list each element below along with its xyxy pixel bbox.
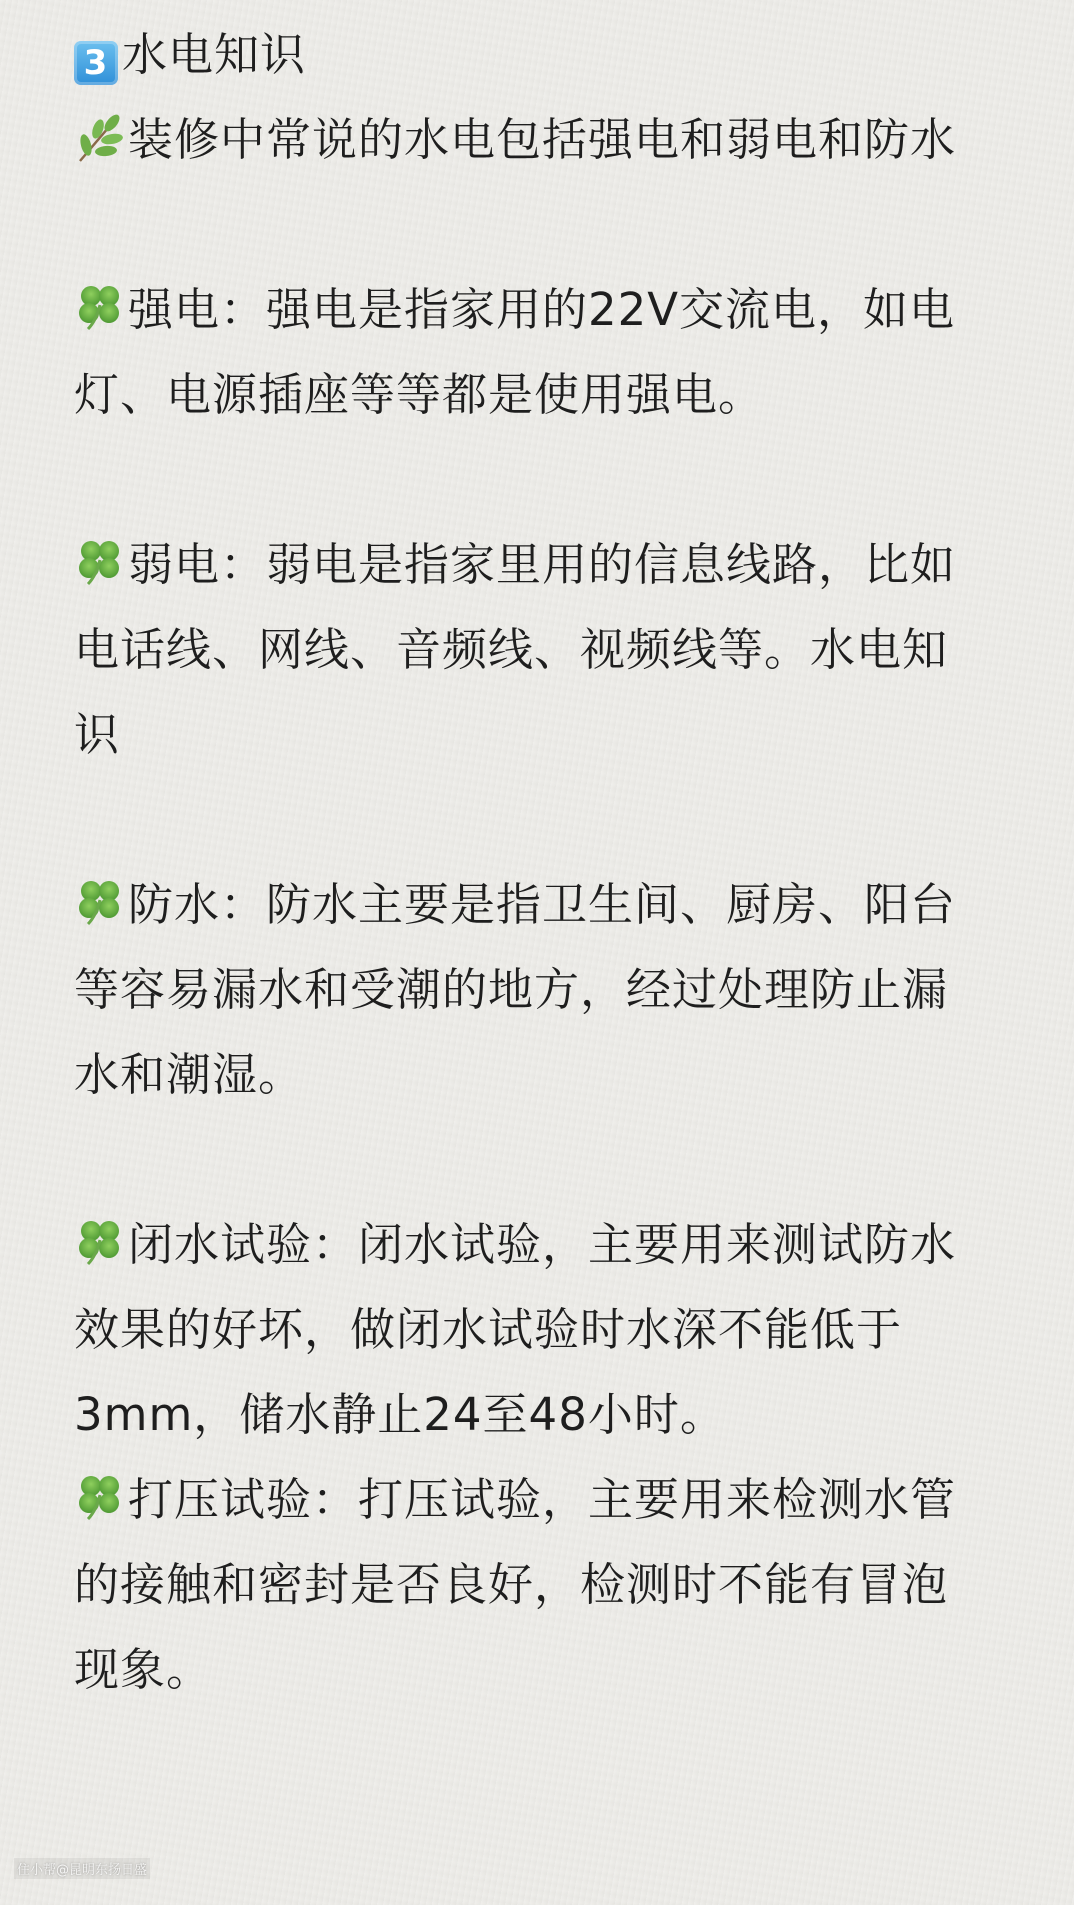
section-pressure-test-line-2: 的接触和密封是否良好，检测时不能有冒泡: [74, 1550, 948, 1620]
title-text: 水电知识: [122, 28, 306, 81]
section-pressure-test-line-1: 打压试验：打压试验，主要用来检测水管: [74, 1465, 956, 1535]
section-text: 防水：防水主要是指卫生间、厨房、阳台: [128, 878, 956, 931]
section-strong-current-line-1: 强电：强电是指家用的22V交流电，如电: [74, 275, 955, 345]
section-strong-current-line-2: 灯、电源插座等等都是使用强电。: [74, 360, 764, 430]
intro-text: 装修中常说的水电包括强电和弱电和防水: [128, 113, 956, 166]
section-text: 现象。: [74, 1643, 212, 1696]
section-text: 打压试验：打压试验，主要用来检测水管: [128, 1473, 956, 1526]
section-text: 等容易漏水和受潮的地方，经过处理防止漏: [74, 963, 948, 1016]
four-leaf-clover-icon: [74, 876, 126, 928]
section-text: 灯、电源插座等等都是使用强电。: [74, 368, 764, 421]
four-leaf-clover-icon: [74, 281, 126, 333]
four-leaf-clover-icon: [74, 1216, 126, 1268]
herb-leaf-icon: [74, 111, 126, 163]
section-text: 强电：强电是指家用的22V交流电，如电: [128, 283, 955, 336]
section-pressure-test-line-3: 现象。: [74, 1635, 212, 1705]
section-weak-current-line-3: 识: [74, 700, 120, 770]
intro-line: 装修中常说的水电包括强电和弱电和防水: [74, 105, 956, 175]
section-closed-water-test-line-2: 效果的好坏，做闭水试验时水深不能低于: [74, 1295, 902, 1365]
section-closed-water-test-line-3: 3mm，储水静止24至48小时。: [74, 1380, 726, 1450]
four-leaf-clover-icon: [74, 1471, 126, 1523]
watermark: 住小帮@昆明东扬日盛: [14, 1858, 150, 1879]
section-closed-water-test-line-1: 闭水试验：闭水试验，主要用来测试防水: [74, 1210, 956, 1280]
section-text: 水和潮湿。: [74, 1048, 304, 1101]
section-text: 识: [74, 708, 120, 761]
four-leaf-clover-icon: [74, 536, 126, 588]
section-text: 的接触和密封是否良好，检测时不能有冒泡: [74, 1558, 948, 1611]
section-waterproof-line-1: 防水：防水主要是指卫生间、厨房、阳台: [74, 870, 956, 940]
section-text: 效果的好坏，做闭水试验时水深不能低于: [74, 1303, 902, 1356]
keycap-3-icon: 3: [74, 41, 118, 85]
section-text: 3mm，储水静止24至48小时。: [74, 1388, 726, 1441]
section-weak-current-line-2: 电话线、网线、音频线、视频线等。水电知: [74, 615, 948, 685]
section-waterproof-line-2: 等容易漏水和受潮的地方，经过处理防止漏: [74, 955, 948, 1025]
title-line: 3水电知识: [74, 20, 306, 90]
section-text: 电话线、网线、音频线、视频线等。水电知: [74, 623, 948, 676]
section-text: 弱电：弱电是指家里用的信息线路，比如: [128, 538, 956, 591]
section-text: 闭水试验：闭水试验，主要用来测试防水: [128, 1218, 956, 1271]
section-waterproof-line-3: 水和潮湿。: [74, 1040, 304, 1110]
section-weak-current-line-1: 弱电：弱电是指家里用的信息线路，比如: [74, 530, 956, 600]
